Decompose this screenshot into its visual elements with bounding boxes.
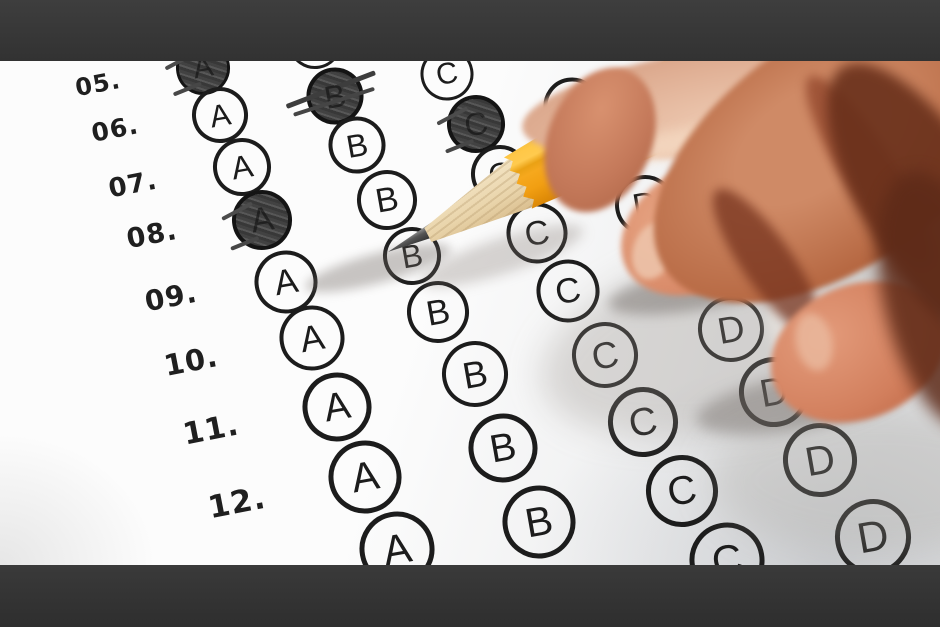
question-number-label: 09. [142,276,200,318]
bubble-letter: B [373,181,401,218]
question-number-06: 06. [89,110,141,147]
bubble-12-A: A [323,435,408,520]
question-number-label: 05. [73,66,123,102]
question-number-05: 05. [73,66,123,102]
bubble-10-B: B [437,336,513,412]
question-number-label: 08. [124,215,180,255]
question-number-label: 06. [89,110,141,147]
question-number-label: 11. [180,407,242,452]
question-number-12: 12. [205,480,269,526]
question-number-11: 11. [180,407,242,452]
bubble-letter: B [322,78,349,113]
question-number-07: 07. [106,166,160,205]
bubble-11-A: A [297,367,377,447]
question-number-label: 12. [205,480,269,526]
bubble-partial-A: A [354,506,441,565]
question-number-10: 10. [161,339,221,383]
bubble-letter: B [460,354,491,395]
question-number-label: 10. [161,339,221,383]
bubble-letter: A [348,454,382,499]
bubble-letter: A [229,149,256,184]
letterbox-bar-bottom [0,565,940,627]
bubble-letter: A [191,61,216,85]
bubble-letter: A [271,263,300,302]
bubble-letter: C [434,61,461,91]
photo-answer-sheet-scene: 05.ABC06.ABCD07.ABC08.ABCD09.ABC10.ABCD1… [0,0,940,627]
bubble-letter: B [344,127,371,162]
letterbox-bar-top [0,0,940,61]
bubble-letter: A [380,526,415,565]
answer-sheet-paper: 05.ABC06.ABCD07.ABC08.ABCD09.ABC10.ABCD1… [0,61,940,565]
bubble-letter: B [423,293,452,332]
bubble-letter: A [321,386,353,429]
question-number-09: 09. [142,276,200,318]
bubble-letter: C [462,106,490,142]
question-number-08: 08. [124,215,180,255]
bubble-07-B: B [352,165,422,235]
bubble-letter: B [487,427,519,470]
bubble-12-B: B [497,480,582,565]
bubble-letter: A [297,318,327,358]
question-number-label: 07. [106,166,160,205]
bubble-letter: A [207,98,233,132]
bubble-letter: C [708,537,745,565]
bubble-11-B: B [463,408,543,488]
bubble-letter: A [248,201,276,238]
bubble-letter: C [664,469,699,513]
bubble-letter: C [553,272,584,311]
bubble-letter: B [522,499,556,544]
